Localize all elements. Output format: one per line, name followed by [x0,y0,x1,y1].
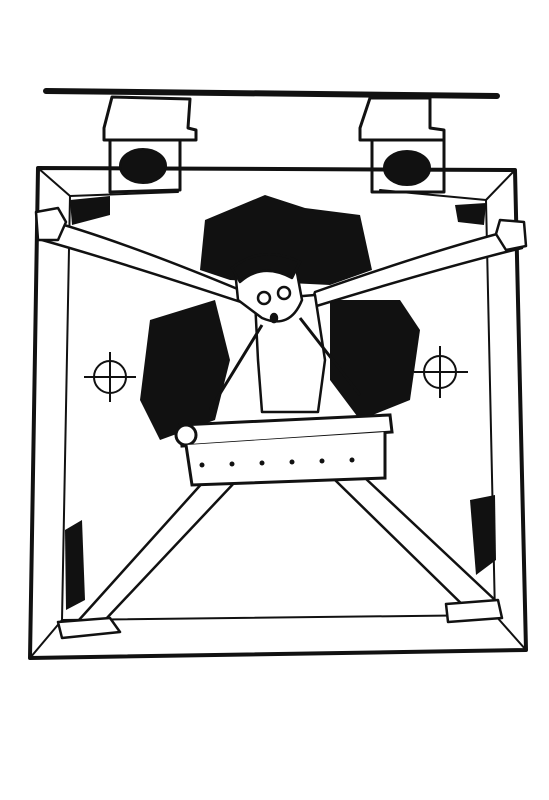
ink-illustration [0,0,549,800]
top-beam [46,91,497,96]
left-pulley [104,97,196,192]
crosshair-right [414,346,468,398]
crosshair-left [84,352,136,402]
right-pulley [360,98,444,192]
restraint-box [176,415,392,485]
